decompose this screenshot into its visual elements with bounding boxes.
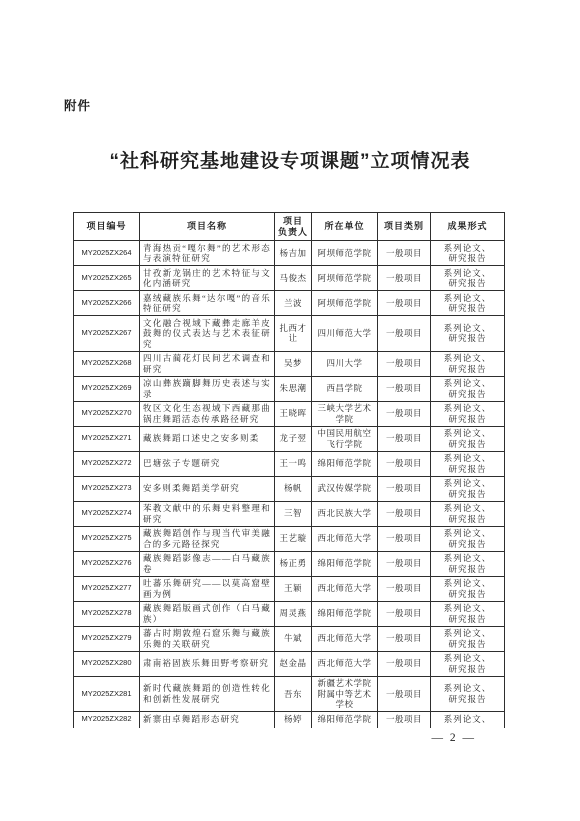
project-leader-cell: 杨正勇 [275,551,312,576]
project-leader-cell: 马俊杰 [275,266,312,291]
unit-cell: 阿坝师范学院 [312,291,378,316]
category-cell: 一般项目 [378,451,431,476]
project-name-cell: 新时代藏族舞蹈的创造性转化和创新性发展研究 [140,676,275,712]
category-cell: 一般项目 [378,601,431,626]
table-row: MY2025ZX276 藏族舞蹈影像志——白马藏族卷 杨正勇 绵阳师范学院 一般… [74,551,505,576]
unit-cell: 西北师范大学 [312,576,378,601]
category-cell: 一般项目 [378,316,431,352]
project-id-cell: MY2025ZX271 [74,426,140,451]
unit-cell: 新疆艺术学院附属中等艺术学校 [312,676,378,712]
project-name-cell: 文化融合视域下藏彝走廊羊皮鼓舞的仪式表达与艺术表征研究 [140,316,275,352]
category-cell: 一般项目 [378,576,431,601]
page-number: — 2 — [432,732,477,744]
document-page: 附件 “社科研究基地建设专项课题”立项情况表 项目编号 项目名称 项目 负责人 … [0,0,580,821]
project-leader-cell: 扎西才让 [275,316,312,352]
category-cell: 一般项目 [378,551,431,576]
project-name-cell: 牧区文化生态视域下西藏那曲锅庄舞蹈活态传承路径研究 [140,401,275,426]
table-row: MY2025ZX272 巴塘弦子专题研究 王一鸣 绵阳师范学院 一般项目 系列论… [74,451,505,476]
column-header-unit: 所在单位 [312,213,378,241]
unit-cell: 西北师范大学 [312,526,378,551]
outcome-cell: 系列论文、 研究报告 [431,316,505,352]
outcome-cell: 系列论文、 研究报告 [431,551,505,576]
unit-cell: 四川师范大学 [312,316,378,352]
projects-table-body: MY2025ZX264 青海热贡“嘎尔舞”的艺术形态与表演特征研究 杨吉加 阿坝… [74,241,505,729]
unit-cell: 绵阳师范学院 [312,551,378,576]
unit-cell: 中国民用航空飞行学院 [312,426,378,451]
category-cell: 一般项目 [378,266,431,291]
outcome-cell: 系列论文、 研究报告 [431,626,505,651]
project-name-cell: 蕃占时期敦煌石窟乐舞与藏族乐舞的关联研究 [140,626,275,651]
unit-cell: 阿坝师范学院 [312,266,378,291]
project-id-cell: MY2025ZX277 [74,576,140,601]
project-leader-cell: 杨吉加 [275,241,312,266]
category-cell: 一般项目 [378,376,431,401]
project-name-cell: 藏族舞蹈口述史之安多则柔 [140,426,275,451]
project-leader-cell: 王晓晖 [275,401,312,426]
category-cell: 一般项目 [378,401,431,426]
project-name-cell: 藏族舞蹈影像志——白马藏族卷 [140,551,275,576]
project-name-cell: 青海热贡“嘎尔舞”的艺术形态与表演特征研究 [140,241,275,266]
outcome-cell: 系列论文、 研究报告 [431,451,505,476]
project-leader-cell: 杨婷 [275,712,312,729]
category-cell: 一般项目 [378,526,431,551]
category-cell: 一般项目 [378,241,431,266]
outcome-cell: 系列论文、 研究报告 [431,241,505,266]
project-name-cell: 吐蕃乐舞研究——以莫高窟壁画为例 [140,576,275,601]
category-cell: 一般项目 [378,476,431,501]
outcome-cell: 系列论文、 研究报告 [431,651,505,676]
table-row: MY2025ZX267 文化融合视域下藏彝走廊羊皮鼓舞的仪式表达与艺术表征研究 … [74,316,505,352]
category-cell: 一般项目 [378,351,431,376]
table-row: MY2025ZX278 藏族舞蹈版画式创作（白马藏族） 周灵燕 绵阳师范学院 一… [74,601,505,626]
unit-cell: 西北民族大学 [312,501,378,526]
project-id-cell: MY2025ZX275 [74,526,140,551]
project-leader-cell: 兰波 [275,291,312,316]
project-name-cell: 甘孜新龙锅庄的艺术特征与文化内涵研究 [140,266,275,291]
project-id-cell: MY2025ZX270 [74,401,140,426]
outcome-cell: 系列论文、 研究报告 [431,351,505,376]
outcome-cell: 系列论文、 研究报告 [431,266,505,291]
project-leader-cell: 赵金晶 [275,651,312,676]
category-cell: 一般项目 [378,651,431,676]
project-id-cell: MY2025ZX266 [74,291,140,316]
project-leader-cell: 龙子翌 [275,426,312,451]
table-row: MY2025ZX264 青海热贡“嘎尔舞”的艺术形态与表演特征研究 杨吉加 阿坝… [74,241,505,266]
project-leader-cell: 王艺璇 [275,526,312,551]
project-name-cell: 苯教文献中的乐舞史料整理和研究 [140,501,275,526]
column-header-category: 项目类别 [378,213,431,241]
project-name-cell: 肃南裕固族乐舞田野考察研究 [140,651,275,676]
outcome-cell: 系列论文、 研究报告 [431,376,505,401]
category-cell: 一般项目 [378,626,431,651]
project-leader-cell: 吴梦 [275,351,312,376]
project-id-cell: MY2025ZX264 [74,241,140,266]
table-row: MY2025ZX282 新寨甶卓舞蹈形态研究 杨婷 绵阳师范学院 一般项目 系列… [74,712,505,729]
outcome-cell: 系列论文、 研究报告 [431,401,505,426]
project-leader-cell: 牛斌 [275,626,312,651]
project-name-cell: 嘉绒藏族乐舞“达尔嘎”的音乐特征研究 [140,291,275,316]
outcome-cell: 系列论文、 研究报告 [431,576,505,601]
outcome-cell: 系列论文、 [431,712,505,729]
project-id-cell: MY2025ZX268 [74,351,140,376]
unit-cell: 三峡大学艺术学院 [312,401,378,426]
header-row: 项目编号 项目名称 项目 负责人 所在单位 项目类别 成果形式 [74,213,505,241]
project-leader-cell: 王颖 [275,576,312,601]
column-header-project-name: 项目名称 [140,213,275,241]
category-cell: 一般项目 [378,291,431,316]
category-cell: 一般项目 [378,501,431,526]
outcome-cell: 系列论文、 研究报告 [431,676,505,712]
table-row: MY2025ZX275 藏族舞蹈创作与现当代审美融合的多元路径探究 王艺璇 西北… [74,526,505,551]
unit-cell: 绵阳师范学院 [312,601,378,626]
unit-cell: 西北师范大学 [312,626,378,651]
unit-cell: 绵阳师范学院 [312,712,378,729]
table-row: MY2025ZX280 肃南裕固族乐舞田野考察研究 赵金晶 西北师范大学 一般项… [74,651,505,676]
project-leader-cell: 吾东 [275,676,312,712]
table-row: MY2025ZX281 新时代藏族舞蹈的创造性转化和创新性发展研究 吾东 新疆艺… [74,676,505,712]
outcome-cell: 系列论文、 研究报告 [431,291,505,316]
table-row: MY2025ZX271 藏族舞蹈口述史之安多则柔 龙子翌 中国民用航空飞行学院 … [74,426,505,451]
project-id-cell: MY2025ZX278 [74,601,140,626]
table-row: MY2025ZX277 吐蕃乐舞研究——以莫高窟壁画为例 王颖 西北师范大学 一… [74,576,505,601]
column-header-outcome: 成果形式 [431,213,505,241]
table-row: MY2025ZX265 甘孜新龙锅庄的艺术特征与文化内涵研究 马俊杰 阿坝师范学… [74,266,505,291]
project-name-cell: 四川古蔺花灯民间艺术调查和研究 [140,351,275,376]
project-id-cell: MY2025ZX282 [74,712,140,729]
outcome-cell: 系列论文、 研究报告 [431,476,505,501]
table-row: MY2025ZX269 凉山彝族蹢脚舞历史表述与实录 朱思潮 西昌学院 一般项目… [74,376,505,401]
page-title: “社科研究基地建设专项课题”立项情况表 [0,146,580,173]
unit-cell: 武汉传媒学院 [312,476,378,501]
attachment-label: 附件 [64,96,91,114]
table-row: MY2025ZX279 蕃占时期敦煌石窟乐舞与藏族乐舞的关联研究 牛斌 西北师范… [74,626,505,651]
project-name-cell: 新寨甶卓舞蹈形态研究 [140,712,275,729]
project-id-cell: MY2025ZX274 [74,501,140,526]
category-cell: 一般项目 [378,426,431,451]
project-name-cell: 藏族舞蹈版画式创作（白马藏族） [140,601,275,626]
table-row: MY2025ZX268 四川古蔺花灯民间艺术调查和研究 吴梦 四川大学 一般项目… [74,351,505,376]
table-row: MY2025ZX274 苯教文献中的乐舞史料整理和研究 三智 西北民族大学 一般… [74,501,505,526]
project-id-cell: MY2025ZX269 [74,376,140,401]
project-name-cell: 凉山彝族蹢脚舞历史表述与实录 [140,376,275,401]
project-leader-cell: 三智 [275,501,312,526]
project-name-cell: 安多则柔舞蹈美学研究 [140,476,275,501]
unit-cell: 阿坝师范学院 [312,241,378,266]
project-name-cell: 巴塘弦子专题研究 [140,451,275,476]
table-row: MY2025ZX266 嘉绒藏族乐舞“达尔嘎”的音乐特征研究 兰波 阿坝师范学院… [74,291,505,316]
project-id-cell: MY2025ZX267 [74,316,140,352]
outcome-cell: 系列论文、 研究报告 [431,601,505,626]
project-leader-cell: 王一鸣 [275,451,312,476]
project-id-cell: MY2025ZX281 [74,676,140,712]
project-leader-cell: 杨帆 [275,476,312,501]
column-header-project-id: 项目编号 [74,213,140,241]
unit-cell: 绵阳师范学院 [312,451,378,476]
project-name-cell: 藏族舞蹈创作与现当代审美融合的多元路径探究 [140,526,275,551]
table-row: MY2025ZX273 安多则柔舞蹈美学研究 杨帆 武汉传媒学院 一般项目 系列… [74,476,505,501]
project-id-cell: MY2025ZX279 [74,626,140,651]
project-id-cell: MY2025ZX280 [74,651,140,676]
category-cell: 一般项目 [378,712,431,729]
project-id-cell: MY2025ZX273 [74,476,140,501]
project-id-cell: MY2025ZX265 [74,266,140,291]
outcome-cell: 系列论文、 研究报告 [431,526,505,551]
project-id-cell: MY2025ZX276 [74,551,140,576]
project-leader-cell: 周灵燕 [275,601,312,626]
unit-cell: 西北师范大学 [312,651,378,676]
outcome-cell: 系列论文、 研究报告 [431,501,505,526]
unit-cell: 西昌学院 [312,376,378,401]
column-header-project-leader: 项目 负责人 [275,213,312,241]
table-row: MY2025ZX270 牧区文化生态视域下西藏那曲锅庄舞蹈活态传承路径研究 王晓… [74,401,505,426]
category-cell: 一般项目 [378,676,431,712]
projects-table-header: 项目编号 项目名称 项目 负责人 所在单位 项目类别 成果形式 [74,213,505,241]
project-id-cell: MY2025ZX272 [74,451,140,476]
outcome-cell: 系列论文、 研究报告 [431,426,505,451]
unit-cell: 四川大学 [312,351,378,376]
project-leader-cell: 朱思潮 [275,376,312,401]
projects-table: 项目编号 项目名称 项目 负责人 所在单位 项目类别 成果形式 MY2025ZX… [73,212,505,728]
